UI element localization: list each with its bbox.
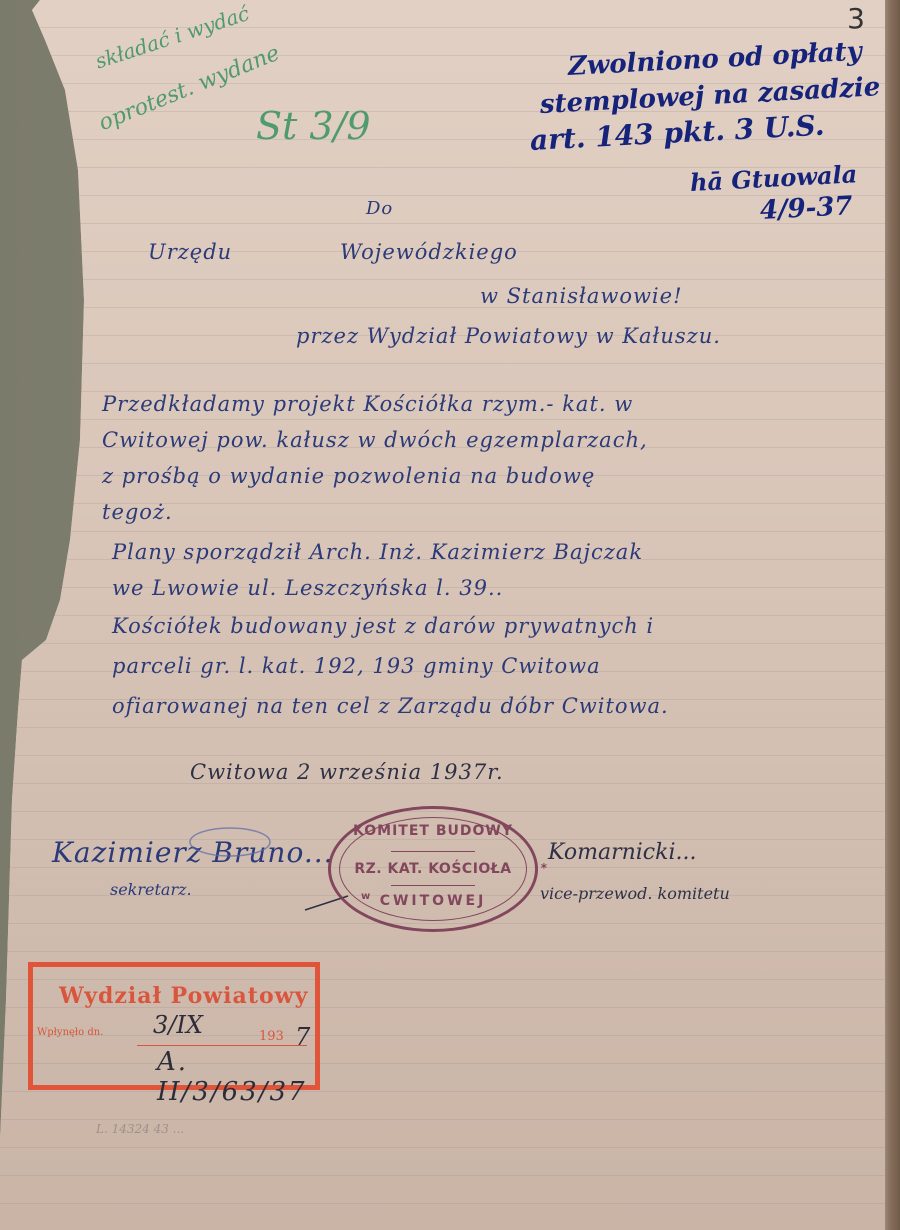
received-stamp-label: Wpłynęło dn.	[37, 1027, 103, 1038]
signature-right: Komarnicki...	[548, 840, 696, 865]
body-line-6: we Lwowie ul. Leszczyńska l. 39..	[112, 576, 503, 600]
stamp-bottom-text: CWITOWEJ	[331, 893, 535, 909]
document-page: 3 składać i wydać oprotest. wydane St 3/…	[0, 0, 885, 1230]
star-icon: *	[541, 861, 547, 875]
stamp-middle-text: RZ. KAT. KOŚCIOŁA	[331, 861, 535, 877]
body-line-9: ofiarowanej na ten cel z Zarządu dóbr Cw…	[112, 694, 669, 718]
page-number: 3	[847, 2, 865, 35]
body-line-1: Przedkładamy projekt Kościółka rzym.- ka…	[102, 392, 633, 416]
fee-exemption-date: 4/9-37	[759, 191, 853, 226]
reference-number: A. II/3/63/37	[157, 1047, 315, 1107]
received-date: 3/IX	[153, 1011, 203, 1039]
address-line1-wojewodzkiego: Wojewódzkiego	[340, 240, 518, 264]
body-line-5: Plany sporządził Arch. Inż. Kazimierz Ba…	[112, 540, 643, 564]
green-annotation-initials: St 3/9	[256, 104, 371, 148]
stamp-ornament	[391, 885, 475, 886]
signature-right-title: vice-przewod. komitetu	[540, 884, 730, 903]
received-stamp-rule	[137, 1045, 307, 1046]
address-to: Do	[366, 198, 393, 219]
date-line: Cwitowa 2 września 1937r.	[190, 760, 504, 784]
received-year-printed: 193	[259, 1029, 284, 1044]
body-line-8: parceli gr. l. kat. 192, 193 gminy Cwito…	[112, 654, 601, 678]
received-stamp-title: Wydział Powiatowy	[59, 983, 308, 1009]
body-line-7: Kościółek budowany jest z darów prywatny…	[112, 614, 654, 638]
faint-offset-text: L. 14324 43 ...	[96, 1122, 184, 1136]
body-line-3: z prośbą o wydanie pozwolenia na budowę	[102, 464, 595, 488]
committee-stamp: KOMITET BUDOWY RZ. KAT. KOŚCIOŁA w CWITO…	[328, 806, 538, 932]
stamp-ornament	[391, 851, 475, 852]
address-line2: w Stanisławowie!	[480, 284, 683, 308]
body-line-2: Cwitowej pow. kałusz w dwóch egzemplarza…	[102, 428, 648, 452]
body-line-4: tegoż.	[102, 500, 173, 524]
address-line1-urzad: Urzędu	[148, 240, 232, 264]
received-stamp: Wydział Powiatowy Wpłynęło dn. 3/IX 193 …	[28, 962, 320, 1090]
stamp-top-text: KOMITET BUDOWY	[331, 823, 535, 839]
address-line3: przez Wydział Powiatowy w Kałuszu.	[296, 324, 721, 348]
